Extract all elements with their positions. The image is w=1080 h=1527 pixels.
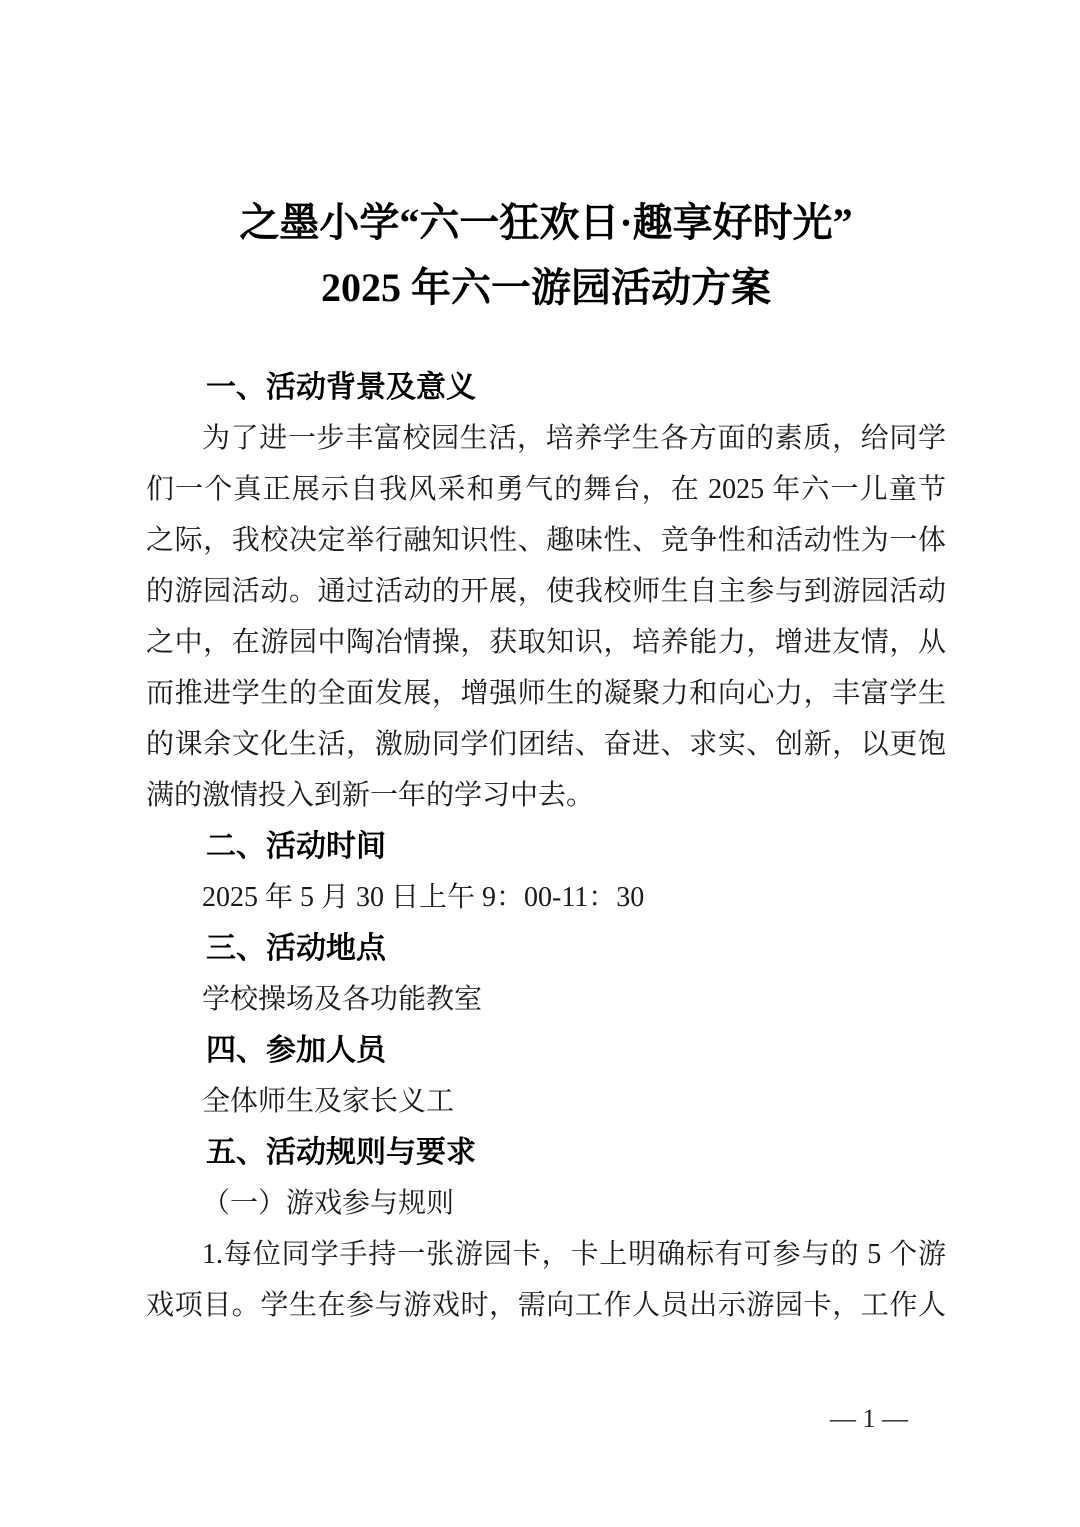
body-line: 戏项目。学生在参与游戏时，需向工作人员出示游园卡，工作人 xyxy=(146,1280,946,1331)
title-spacer xyxy=(146,320,946,362)
body-line: 的课余文化生活，激励同学们团结、奋进、求实、创新，以更饱 xyxy=(146,719,946,770)
body-line: 之中，在游园中陶冶情操，获取知识，培养能力，增进友情，从 xyxy=(146,617,946,668)
document-page: 之墨小学“六一狂欢日·趣享好时光” 2025 年六一游园活动方案 一、活动背景及… xyxy=(0,0,1080,1527)
page-number: — 1 — xyxy=(830,1404,908,1434)
body-line: 的游园活动。通过活动的开展，使我校师生自主参与到游园活动 xyxy=(146,566,946,617)
section-4-body: 全体师生及家长义工 xyxy=(146,1076,946,1127)
document-body: 之墨小学“六一狂欢日·趣享好时光” 2025 年六一游园活动方案 一、活动背景及… xyxy=(146,190,946,1331)
section-5-sub-heading: （一）游戏参与规则 xyxy=(146,1178,946,1229)
section-4-heading: 四、参加人员 xyxy=(146,1025,946,1076)
section-3-body: 学校操场及各功能教室 xyxy=(146,974,946,1025)
section-5-heading: 五、活动规则与要求 xyxy=(146,1127,946,1178)
section-2-heading: 二、活动时间 xyxy=(146,821,946,872)
body-line: 而推进学生的全面发展，增强师生的凝聚力和向心力，丰富学生 xyxy=(146,668,946,719)
title-line-1: 之墨小学“六一狂欢日·趣享好时光” xyxy=(146,190,946,255)
body-line: 1.每位同学手持一张游园卡，卡上明确标有可参与的 5 个游 xyxy=(146,1229,946,1280)
body-line: 之际，我校决定举行融知识性、趣味性、竞争性和活动性为一体 xyxy=(146,515,946,566)
document-title: 之墨小学“六一狂欢日·趣享好时光” 2025 年六一游园活动方案 xyxy=(146,190,946,320)
section-1-heading: 一、活动背景及意义 xyxy=(146,362,946,413)
body-line: 们一个真正展示自我风采和勇气的舞台，在 2025 年六一儿童节 xyxy=(146,464,946,515)
title-line-2: 2025 年六一游园活动方案 xyxy=(146,255,946,320)
body-line: 为了进一步丰富校园生活，培养学生各方面的素质，给同学 xyxy=(146,413,946,464)
body-line: 满的激情投入到新一年的学习中去。 xyxy=(146,770,946,821)
section-2-body: 2025 年 5 月 30 日上午 9：00-11：30 xyxy=(146,872,946,923)
section-3-heading: 三、活动地点 xyxy=(146,923,946,974)
